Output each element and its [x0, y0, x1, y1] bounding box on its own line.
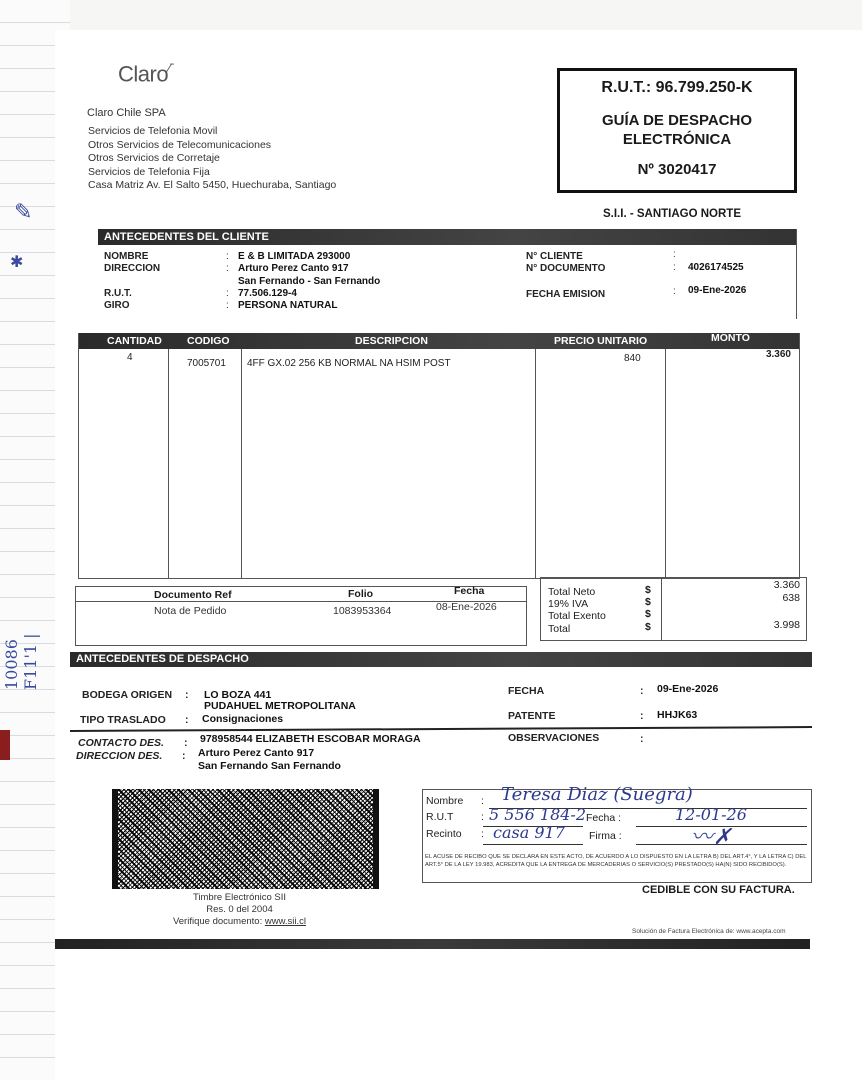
ref-header-fecha: Fecha: [454, 585, 484, 597]
document-number: Nº 3020417: [560, 161, 794, 178]
colon: :: [673, 262, 676, 273]
document-title: GUÍA DE DESPACHO ELECTRÓNICA: [560, 111, 794, 149]
ref-fecha: 08-Ene-2026: [436, 601, 497, 613]
iva-label: 19% IVA: [548, 598, 588, 610]
row-descripcion: 4FF GX.02 256 KB NORMAL NA HSIM POST: [247, 358, 451, 369]
colon: :: [481, 828, 484, 840]
colon: :: [182, 750, 186, 762]
ref-folio: 1083953364: [333, 605, 391, 617]
n-documento-value: 4026174525: [688, 262, 744, 273]
col-codigo: CODIGO: [187, 333, 230, 349]
patente-label: PATENTE: [508, 710, 555, 722]
row-codigo: 7005701: [187, 358, 226, 369]
recibo-nombre-label: Nombre: [426, 795, 463, 807]
col-monto: MONTO: [711, 330, 750, 346]
giro-label: GIRO: [104, 300, 130, 311]
items-table-header: CANTIDAD CODIGO DESCRIPCION PRECIO UNITA…: [79, 333, 799, 349]
divider: [483, 844, 583, 845]
recibo-recinto-label: Recinto: [426, 828, 462, 840]
logo-rays-icon: ⁄ˉ: [168, 60, 174, 76]
nombre-label: NOMBRE: [104, 251, 148, 262]
items-table: CANTIDAD CODIGO DESCRIPCION PRECIO UNITA…: [78, 333, 800, 579]
colon: :: [185, 714, 189, 726]
recibo-rut-handwritten: 5 556 184-2: [489, 805, 586, 824]
timbre-electronico: Timbre Electrónico SII Res. 0 del 2004 V…: [112, 892, 367, 928]
column-divider: [665, 349, 666, 578]
fecha-emision-label: FECHA EMISION: [526, 289, 605, 300]
totals-box: Total Neto $ 3.360 19% IVA $ 638 Total E…: [540, 577, 807, 641]
red-tab: [0, 730, 10, 760]
client-rut: 77.506.129-4: [238, 288, 297, 299]
client-giro: PERSONA NATURAL: [238, 300, 337, 311]
fecha-emision-value: 09-Ene-2026: [688, 285, 746, 296]
bodega-origen-2: PUDAHUEL METROPOLITANA: [204, 700, 356, 712]
n-documento-label: N° DOCUMENTO: [526, 263, 605, 274]
sii-office: S.I.I. - SANTIAGO NORTE: [603, 208, 741, 220]
ref-header-doc: Documento Ref: [154, 589, 232, 601]
patente-value: HHJK63: [657, 709, 697, 721]
fecha-despacho-label: FECHA: [508, 685, 544, 697]
recibo-recinto-handwritten: casa 917: [493, 823, 565, 842]
ref-doc: Nota de Pedido: [154, 605, 226, 617]
total-label: Total: [548, 623, 570, 635]
client-address-1: Arturo Perez Canto 917: [238, 263, 349, 274]
column-divider: [241, 349, 242, 578]
divider: [636, 844, 807, 845]
tipo-traslado-value: Consignaciones: [202, 713, 283, 725]
recibo-nombre-handwritten: Teresa Diaz (Suegra): [501, 784, 693, 805]
tipo-traslado-label: TIPO TRASLADO: [80, 714, 166, 726]
company-name: Claro Chile SPA: [87, 107, 166, 119]
sii-link[interactable]: www.sii.cl: [265, 916, 306, 927]
colon: :: [640, 733, 644, 745]
row-cantidad: 4: [127, 352, 133, 363]
direccion-label: DIRECCION: [104, 263, 160, 274]
colon: :: [640, 685, 644, 697]
colon: :: [226, 263, 229, 274]
solucion-footer: Solución de Factura Electrónica de: www.…: [632, 928, 786, 935]
fecha-despacho-value: 09-Ene-2026: [657, 683, 718, 695]
colon: :: [481, 811, 484, 823]
despacho-section-title: ANTECEDENTES DE DESPACHO: [70, 652, 812, 667]
currency-symbol: $: [645, 621, 651, 633]
recibo-firma-label: Firma :: [589, 830, 622, 842]
row-precio: 840: [624, 353, 641, 364]
bottom-bar: [55, 939, 810, 949]
column-divider: [168, 349, 169, 578]
currency-symbol: $: [645, 608, 651, 620]
document-id-box: R.U.T.: 96.799.250-K GUÍA DE DESPACHO EL…: [557, 68, 797, 193]
observaciones-label: OBSERVACIONES: [508, 732, 599, 744]
col-precio-unitario: PRECIO UNITARIO: [554, 333, 647, 349]
signature-icon: 〰✗: [691, 820, 731, 851]
acuse-recibo-box: Nombre : Teresa Diaz (Suegra) R.U.T : 5 …: [422, 789, 812, 883]
recibo-legal-text: El acuse de recibo que se declara en est…: [425, 854, 809, 869]
client-section-title: ANTECEDENTES DEL CLIENTE: [98, 229, 796, 245]
pdf417-barcode: [112, 789, 379, 889]
recibo-fecha-label: Fecha :: [586, 812, 621, 824]
colon: :: [226, 300, 229, 311]
direccion-des-2: San Fernando San Fernando: [198, 760, 341, 772]
divider: [661, 578, 662, 640]
colon: :: [185, 689, 189, 701]
scribble-mark: 10086 F11'1 |: [2, 622, 40, 690]
col-descripcion: DESCRIPCION: [355, 333, 428, 349]
colon: :: [673, 249, 676, 260]
recibo-rut-label: R.U.T: [426, 811, 453, 823]
issuer-rut: R.U.T.: 96.799.250-K: [560, 79, 794, 97]
colon: :: [640, 710, 644, 722]
ref-header-folio: Folio: [348, 588, 373, 600]
total-exento-label: Total Exento: [548, 610, 606, 622]
column-divider: [535, 349, 536, 578]
scribble-mark: ✱: [10, 252, 23, 271]
row-monto: 3.360: [766, 349, 791, 360]
colon: :: [673, 286, 676, 297]
direccion-des-label: DIRECCION DES.: [76, 750, 162, 762]
n-cliente-label: N° CLIENTE: [526, 251, 583, 262]
col-cantidad: CANTIDAD: [107, 333, 162, 349]
rut-label: R.U.T.: [104, 288, 132, 299]
company-services: Servicios de Telefonia Movil Otros Servi…: [88, 125, 336, 193]
colon: :: [184, 737, 188, 749]
claro-logo: Claro⁄ˉ: [118, 60, 174, 87]
colon: :: [226, 251, 229, 262]
client-name: E & B LIMITADA 293000: [238, 251, 350, 262]
direccion-des-1: Arturo Perez Canto 917: [198, 747, 314, 759]
reference-table: Documento Ref Folio Fecha Nota de Pedido…: [75, 586, 527, 646]
iva-value: 638: [782, 592, 800, 604]
total-value: 3.998: [774, 619, 800, 631]
contacto-label: CONTACTO DES.: [78, 737, 164, 749]
contacto-value: 978958544 ELIZABETH ESCOBAR MORAGA: [200, 733, 421, 745]
colon: :: [226, 288, 229, 299]
scribble-mark: ✎: [14, 200, 32, 225]
currency-symbol: $: [645, 596, 651, 608]
total-neto-value: 3.360: [774, 579, 800, 591]
client-address-2: San Fernando - San Fernando: [238, 276, 380, 287]
total-neto-label: Total Neto: [548, 586, 595, 598]
colon: :: [481, 795, 484, 807]
cedible-text: CEDIBLE CON SU FACTURA.: [642, 884, 795, 896]
bodega-origen-label: BODEGA ORIGEN: [82, 689, 172, 701]
currency-symbol: $: [645, 584, 651, 596]
client-section: ANTECEDENTES DEL CLIENTE NOMBRE : E & B …: [98, 229, 797, 319]
